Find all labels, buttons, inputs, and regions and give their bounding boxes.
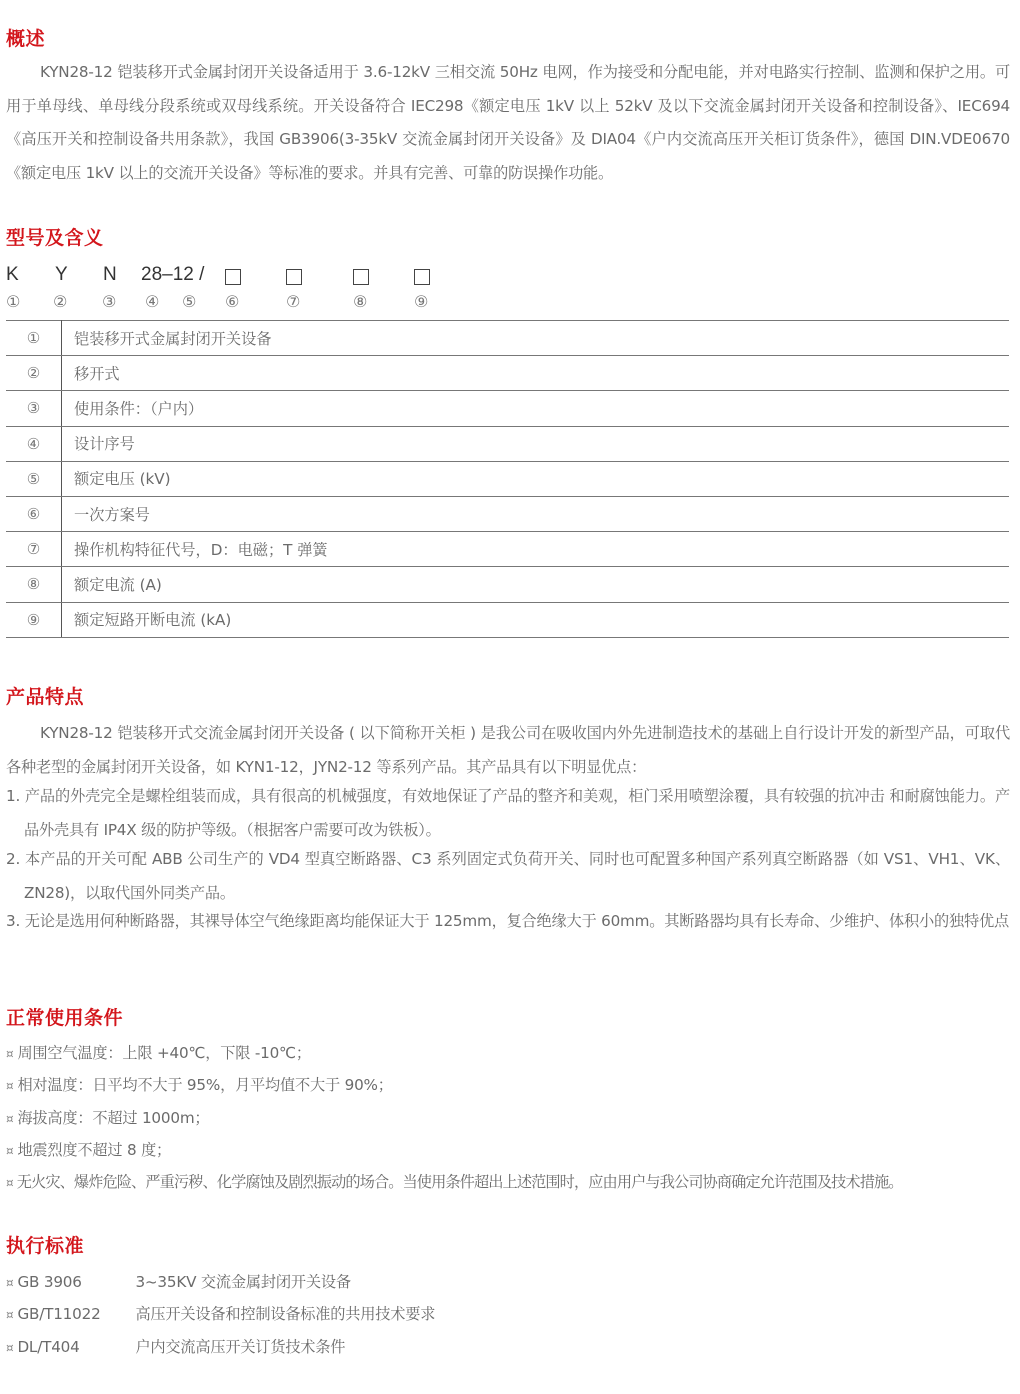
condition-text: 地震烈度不超过 8 度； xyxy=(17,1141,171,1159)
table-row: ④设计序号 xyxy=(6,426,1009,461)
row-index: ② xyxy=(6,356,62,391)
row-meaning: 额定电压 (kV) xyxy=(62,461,1010,496)
code-placeholder-box-6 xyxy=(225,269,241,285)
standard-code: GB 3906 xyxy=(17,1267,135,1298)
list-item: ¤DL/T404户内交流高压开关订货技术条件 xyxy=(6,1332,435,1364)
row-index: ① xyxy=(6,321,62,356)
model-meaning-table: ①铠装移开式金属封闭开关设备 ②移开式 ③使用条件：（户内） ④设计序号 ⑤额定… xyxy=(6,320,1009,638)
row-index: ⑦ xyxy=(6,532,62,567)
condition-text: 无火灾、爆炸危险、严重污秽、化学腐蚀及剧烈振动的场合。当使用条件超出上述范围时，… xyxy=(17,1173,903,1191)
features-intro: KYN28-12 铠装移开式交流金属封闭开关设备 ( 以下简称开关柜 ) 是我公… xyxy=(6,717,1010,784)
condition-text: 海拔高度：不超过 1000m； xyxy=(17,1109,209,1127)
table-row: ⑨额定短路开断电流 (kA) xyxy=(6,602,1009,637)
table-row: ⑧额定电流 (A) xyxy=(6,567,1009,602)
bullet-icon: ¤ xyxy=(6,1144,13,1158)
row-meaning: 设计序号 xyxy=(62,426,1010,461)
row-meaning: 操作机构特征代号，D：电磁；T 弹簧 xyxy=(62,532,1010,567)
row-meaning: 铠装移开式金属封闭开关设备 xyxy=(62,321,1010,356)
table-row: ②移开式 xyxy=(6,356,1009,391)
row-index: ④ xyxy=(6,426,62,461)
feature-item-2: 2. 本产品的开关可配 ABB 公司生产的 VD4 型真空断路器、C3 系列固定… xyxy=(6,843,1010,910)
code-part-y: Y xyxy=(55,264,68,286)
standard-name: 户内交流高压开关订货技术条件 xyxy=(135,1338,345,1356)
code-number: ② xyxy=(53,292,67,311)
row-index: ③ xyxy=(6,391,62,426)
code-number: ⑦ xyxy=(286,292,300,311)
table-row: ⑥一次方案号 xyxy=(6,496,1009,531)
code-part-n: N xyxy=(103,264,117,286)
code-number: ③ xyxy=(102,292,116,311)
bullet-icon: ¤ xyxy=(6,1176,13,1190)
list-item: ¤无火灾、爆炸危险、严重污秽、化学腐蚀及剧烈振动的场合。当使用条件超出上述范围时… xyxy=(6,1167,903,1199)
list-item: ¤海拔高度：不超过 1000m； xyxy=(6,1103,903,1135)
row-meaning: 使用条件：（户内） xyxy=(62,391,1010,426)
standards-list: ¤GB 39063~35KV 交流金属封闭开关设备 ¤GB/T11022高压开关… xyxy=(6,1267,435,1364)
table-row: ⑤额定电压 (kV) xyxy=(6,461,1009,496)
standard-name: 3~35KV 交流金属封闭开关设备 xyxy=(135,1273,350,1291)
code-part-k: K xyxy=(6,264,19,286)
condition-text: 周围空气温度：上限 +40℃，下限 -10℃； xyxy=(17,1044,310,1062)
code-number: ⑧ xyxy=(353,292,367,311)
standard-code: GB/T11022 xyxy=(17,1299,135,1330)
section-title-overview: 概述 xyxy=(6,27,45,51)
feature-item-3: 3. 无论是选用何种断路器，其裸导体空气绝缘距离均能保证大于 125mm，复合绝… xyxy=(6,905,1010,939)
row-index: ⑥ xyxy=(6,496,62,531)
feature-item-1: 1. 产品的外壳完全是螺栓组装而成，具有很高的机械强度，有效地保证了产品的整齐和… xyxy=(6,780,1010,847)
bullet-icon: ¤ xyxy=(6,1047,13,1061)
list-item: ¤GB 39063~35KV 交流金属封闭开关设备 xyxy=(6,1267,435,1299)
overview-paragraph: KYN28-12 铠装移开式金属封闭开关设备适用于 3.6-12kV 三相交流 … xyxy=(6,56,1010,190)
bullet-icon: ¤ xyxy=(6,1341,13,1355)
row-meaning: 移开式 xyxy=(62,356,1010,391)
table-row: ①铠装移开式金属封闭开关设备 xyxy=(6,321,1009,356)
table-row: ⑦操作机构特征代号，D：电磁；T 弹簧 xyxy=(6,532,1009,567)
standard-name: 高压开关设备和控制设备标准的共用技术要求 xyxy=(135,1305,435,1323)
section-title-features: 产品特点 xyxy=(6,685,84,709)
code-number: ④ xyxy=(145,292,159,311)
list-item: ¤周围空气温度：上限 +40℃，下限 -10℃； xyxy=(6,1038,903,1070)
code-placeholder-box-9 xyxy=(414,269,430,285)
code-number: ① xyxy=(6,292,20,311)
section-title-conditions: 正常使用条件 xyxy=(6,1006,123,1030)
conditions-list: ¤周围空气温度：上限 +40℃，下限 -10℃； ¤相对温度：日平均不大于 95… xyxy=(6,1038,903,1199)
condition-text: 相对温度：日平均不大于 95%，月平均值不大于 90%； xyxy=(17,1076,392,1094)
list-item: ¤地震烈度不超过 8 度； xyxy=(6,1135,903,1167)
row-meaning: 一次方案号 xyxy=(62,496,1010,531)
code-number: ⑤ xyxy=(182,292,196,311)
bullet-icon: ¤ xyxy=(6,1079,13,1093)
row-index: ⑧ xyxy=(6,567,62,602)
code-placeholder-box-7 xyxy=(286,269,302,285)
row-index: ⑤ xyxy=(6,461,62,496)
code-number: ⑥ xyxy=(225,292,239,311)
bullet-icon: ¤ xyxy=(6,1112,13,1126)
list-item: ¤相对温度：日平均不大于 95%，月平均值不大于 90%； xyxy=(6,1070,903,1102)
bullet-icon: ¤ xyxy=(6,1276,13,1290)
row-index: ⑨ xyxy=(6,602,62,637)
bullet-icon: ¤ xyxy=(6,1308,13,1322)
standard-code: DL/T404 xyxy=(17,1332,135,1363)
code-number: ⑨ xyxy=(414,292,428,311)
row-meaning: 额定电流 (A) xyxy=(62,567,1010,602)
table-row: ③使用条件：（户内） xyxy=(6,391,1009,426)
code-part-series-voltage: 28–12 / xyxy=(141,264,204,286)
section-title-standards: 执行标准 xyxy=(6,1234,84,1258)
row-meaning: 额定短路开断电流 (kA) xyxy=(62,602,1010,637)
list-item: ¤GB/T11022高压开关设备和控制设备标准的共用技术要求 xyxy=(6,1299,435,1331)
code-placeholder-box-8 xyxy=(353,269,369,285)
section-title-model: 型号及含义 xyxy=(6,226,104,250)
